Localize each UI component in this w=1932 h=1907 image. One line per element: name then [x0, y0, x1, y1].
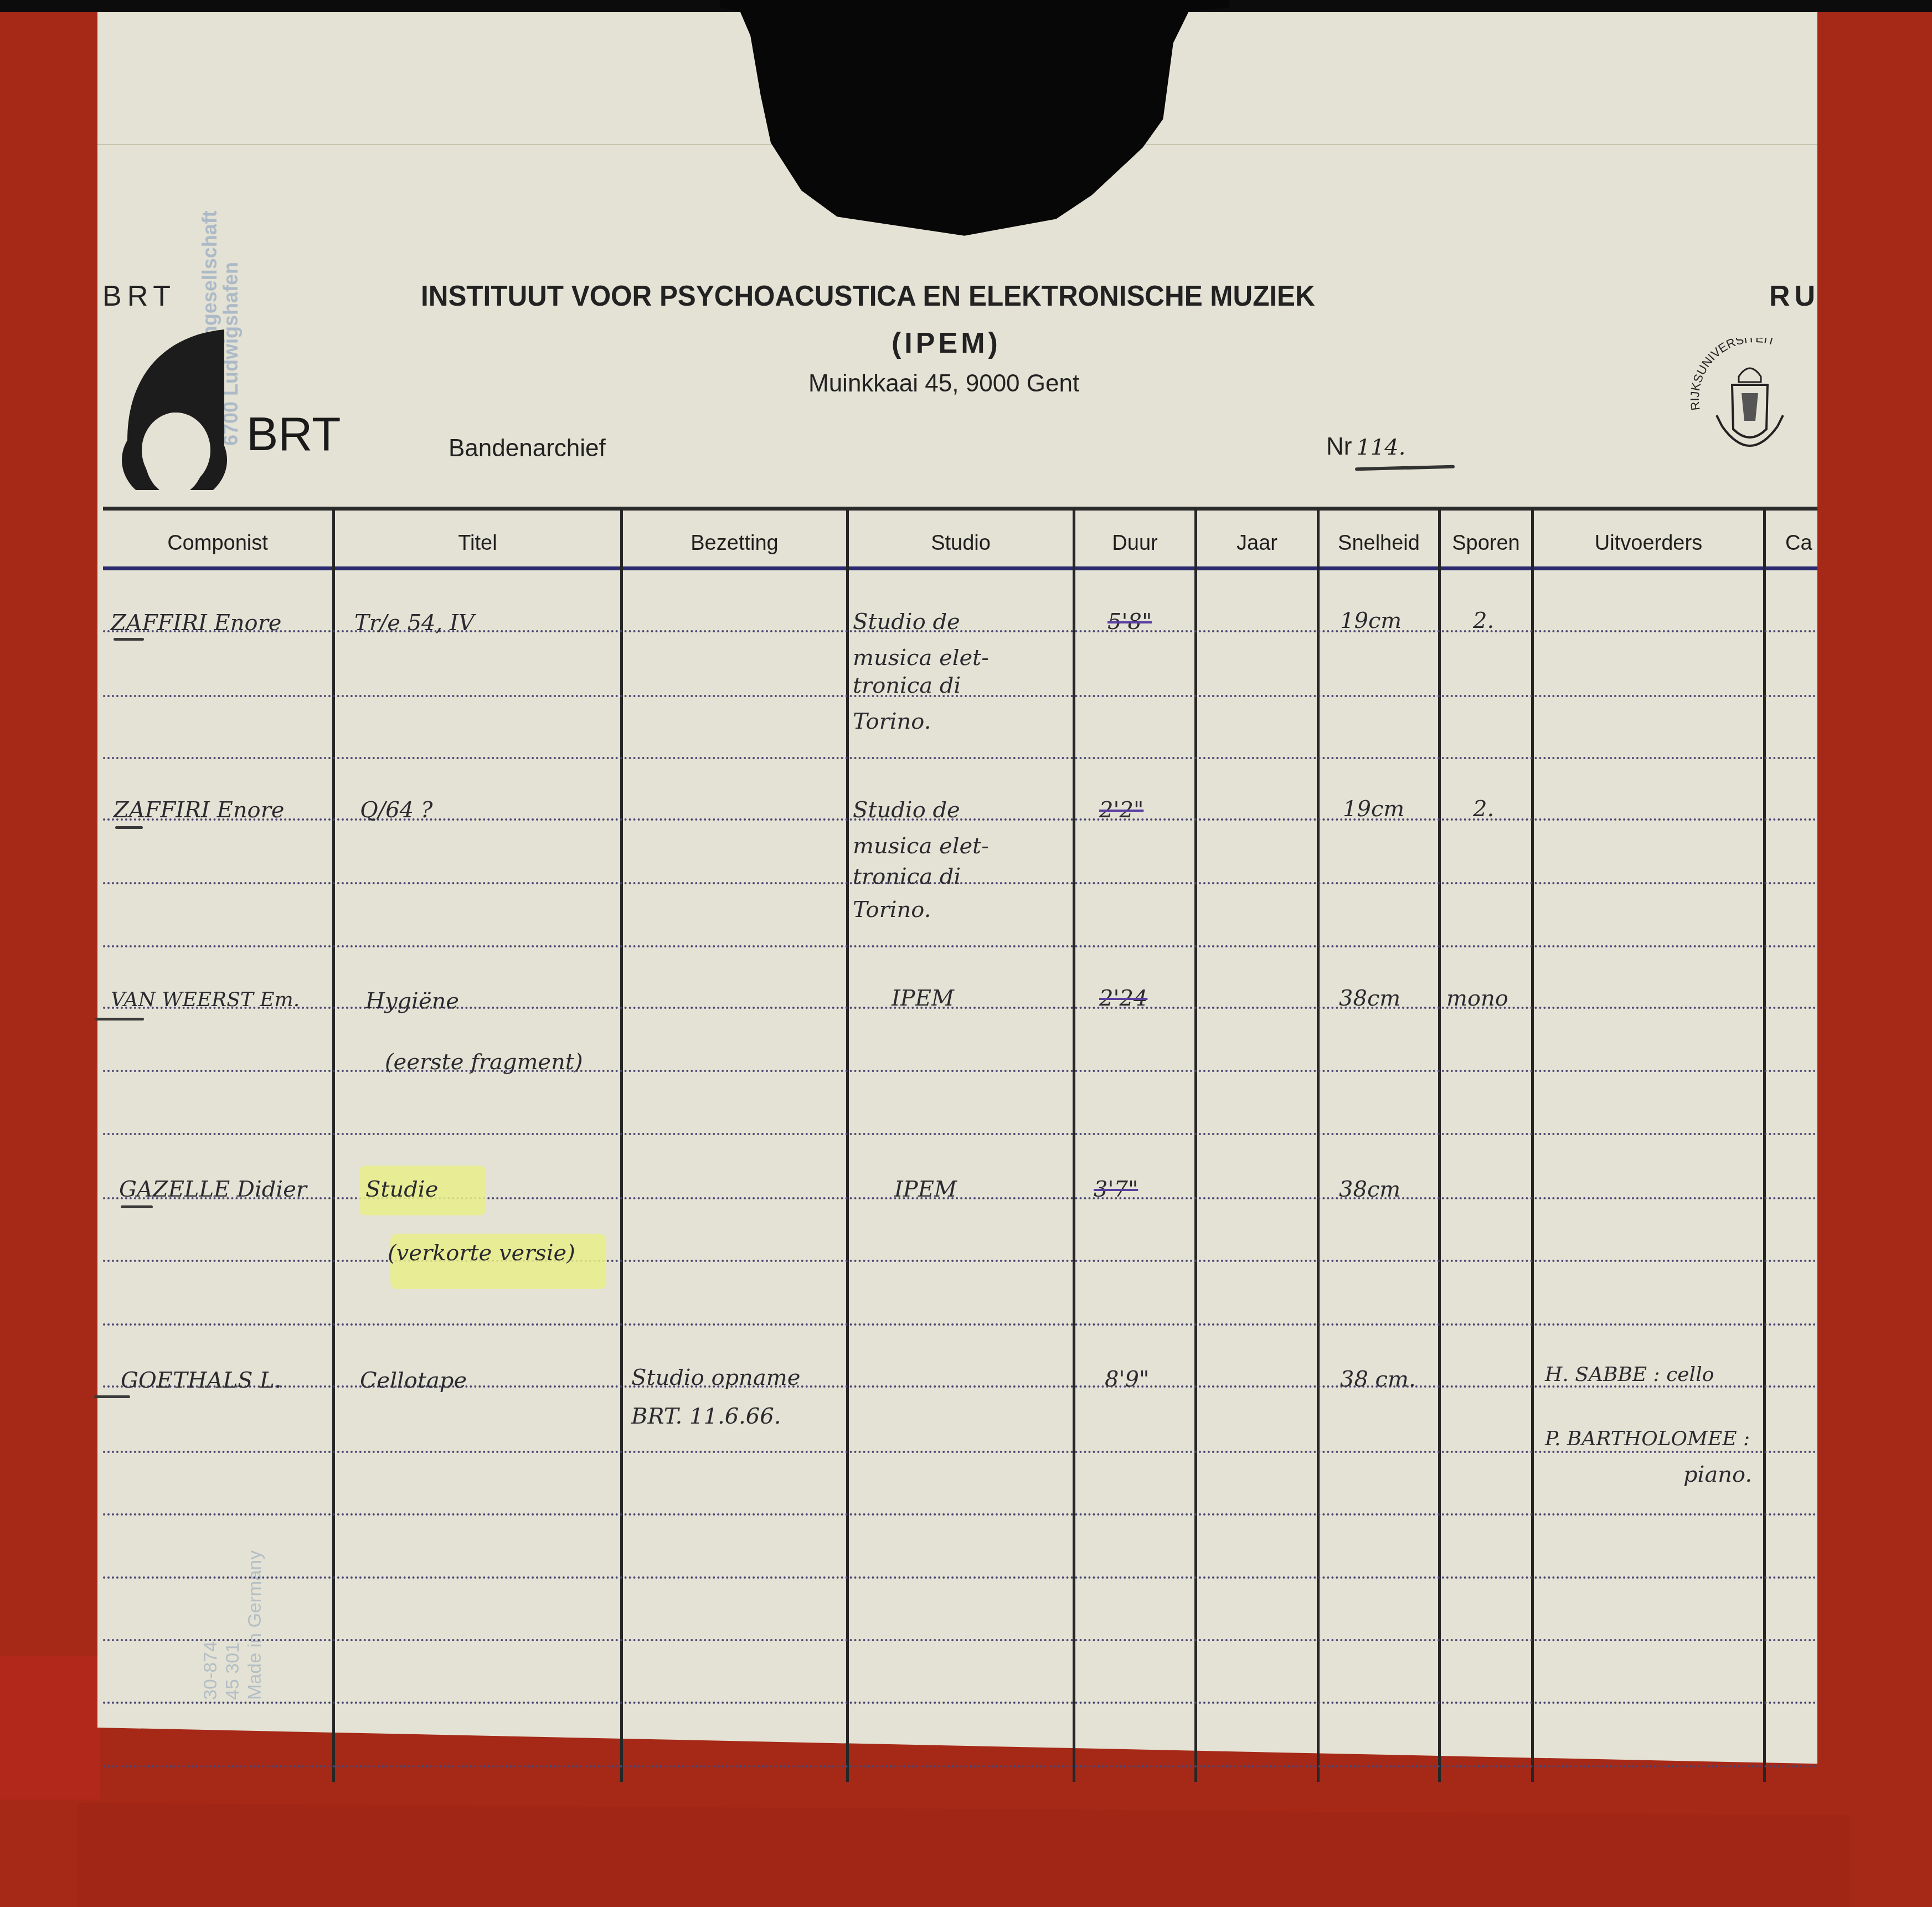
ruled-line — [103, 1070, 1817, 1072]
cell-studio-line-2: musica elet- — [853, 833, 989, 859]
cell-duur: 3'7" — [1094, 1177, 1138, 1202]
cell-studio-line-3: tronica di — [853, 864, 961, 889]
ruled-line — [103, 1451, 1817, 1453]
ruled-line — [103, 1513, 1817, 1516]
university-name-cut: RU — [1769, 280, 1820, 313]
ruled-line — [103, 1323, 1817, 1326]
cell-studio-line-2: musica elet- — [853, 645, 989, 671]
column-divider — [1438, 509, 1441, 1782]
cell-snelheid: 38cm — [1339, 1177, 1400, 1202]
cell-snelheid: 38 cm. — [1340, 1367, 1416, 1392]
cell-titel: Cellotape — [360, 1368, 467, 1393]
ruled-line — [103, 757, 1817, 759]
ruled-line — [103, 1133, 1817, 1135]
componist-underline — [94, 1395, 130, 1398]
nr-label: Nr — [1326, 433, 1352, 460]
componist-underline — [114, 638, 144, 641]
column-divider — [620, 509, 623, 1782]
made-line-3: Made in Germany — [244, 1550, 265, 1700]
componist-underline — [115, 826, 143, 829]
column-header-componist: Componist — [103, 532, 332, 555]
institute-address: Muinkkaai 45, 9000 Gent — [808, 370, 1079, 398]
ruled-line — [103, 945, 1817, 947]
cell-componist: GOETHALS L. — [121, 1368, 281, 1393]
cell-sporen: 2. — [1473, 796, 1494, 822]
brt-small-label: BRT — [102, 280, 176, 313]
cell-snelheid: 38cm — [1339, 986, 1400, 1011]
cell-titel-line-1: Studie — [365, 1177, 438, 1202]
ruled-line — [103, 1765, 1817, 1767]
cell-uitvoerders-line-1: H. SABBE : cello — [1545, 1363, 1714, 1386]
componist-underline — [95, 1018, 144, 1020]
cell-uitvoerders-line-2: P. BARTHOLOMEE : — [1545, 1427, 1750, 1450]
column-header-studio: Studio — [849, 532, 1073, 555]
column-header-snelheid: Snelheid — [1320, 532, 1438, 555]
cell-studio-line-1: Studio de — [853, 797, 960, 823]
cell-studio: IPEM — [892, 986, 954, 1011]
cell-studio: IPEM — [894, 1177, 957, 1202]
cell-titel-line-1: Hygiëne — [365, 988, 459, 1014]
cell-duur: 2'2" — [1099, 797, 1143, 823]
cell-sporen: 2. — [1473, 608, 1494, 633]
column-divider — [1317, 509, 1320, 1782]
cell-bezetting-line-2: BRT. 11.6.66. — [631, 1404, 781, 1429]
cell-uitvoerders-line-3: piano. — [1683, 1462, 1752, 1487]
ruled-line — [103, 1639, 1817, 1641]
brt-logo-icon — [116, 329, 233, 490]
cell-studio-line-1: Studio de — [853, 609, 960, 635]
ruled-line — [103, 1702, 1817, 1704]
cell-duur: 8'9" — [1105, 1367, 1149, 1392]
cell-snelheid: 19cm — [1340, 608, 1402, 633]
componist-underline — [121, 1205, 153, 1208]
column-header-catalogus: Ca — [1766, 532, 1841, 555]
made-line-2: 45 301 — [222, 1642, 243, 1700]
cell-duur: 2'24 — [1099, 986, 1147, 1011]
column-divider — [1194, 509, 1197, 1782]
cell-duur: 5'8" — [1107, 609, 1152, 635]
cell-componist: ZAFFIRI Enore — [114, 797, 284, 823]
cell-titel-line-2: (eerste fragment) — [385, 1049, 583, 1075]
cell-titel: Q/64 ? — [360, 797, 432, 823]
column-header-duur: Duur — [1075, 532, 1194, 555]
institute-title: INSTITUUT VOOR PSYCHOACUSTICA EN ELEKTRO… — [421, 280, 1315, 313]
cell-componist: ZAFFIRI Enore — [111, 610, 281, 636]
box-corner-patch — [0, 1656, 100, 1800]
university-seal-icon: RIJKSUNIVERSITEIT — [1683, 338, 1816, 471]
column-divider — [1531, 509, 1534, 1782]
institute-acronym: (IPEM) — [892, 327, 1001, 360]
made-line-1: 30-874 — [200, 1641, 221, 1700]
cell-titel-line-2: (verkorte versie) — [388, 1240, 575, 1266]
ruled-line — [103, 1576, 1817, 1579]
cell-componist: GAZELLE Didier — [119, 1177, 307, 1202]
nr-value: 114. — [1356, 435, 1405, 460]
cell-componist: VAN WEERST Em. — [111, 988, 300, 1011]
cell-snelheid: 19cm — [1343, 796, 1404, 822]
column-divider — [332, 509, 335, 1782]
brt-logo-text: BRT — [246, 407, 341, 462]
column-divider — [1763, 509, 1766, 1782]
cell-studio-line-4: Torino. — [853, 709, 931, 734]
column-header-jaar: Jaar — [1197, 532, 1317, 555]
column-divider — [1073, 509, 1075, 1782]
cell-studio-line-4: Torino. — [853, 897, 931, 922]
column-header-titel: Titel — [335, 532, 620, 555]
table-top-rule — [103, 507, 1817, 511]
ruled-line — [103, 1007, 1817, 1009]
box-bottom-flap — [78, 1803, 1849, 1907]
column-header-sporen: Sporen — [1441, 532, 1531, 555]
column-divider — [846, 509, 849, 1782]
ruled-line — [103, 1260, 1817, 1262]
cell-studio-line-3: tronica di — [853, 673, 961, 698]
cell-bezetting-line-1: Studio opname — [631, 1365, 800, 1390]
archive-number: Nr114. — [1326, 433, 1406, 461]
column-header-uitvoerders: Uitvoerders — [1534, 532, 1763, 555]
made-in-germany-watermark: 30-874 45 301 Made in Germany — [199, 1517, 266, 1700]
cell-titel: Tr/e 54, IV — [354, 610, 475, 636]
archive-label: Bandenarchief — [449, 435, 606, 462]
cell-sporen: mono — [1446, 986, 1508, 1011]
table-header-rule — [103, 566, 1817, 570]
column-header-bezetting: Bezetting — [623, 532, 846, 555]
